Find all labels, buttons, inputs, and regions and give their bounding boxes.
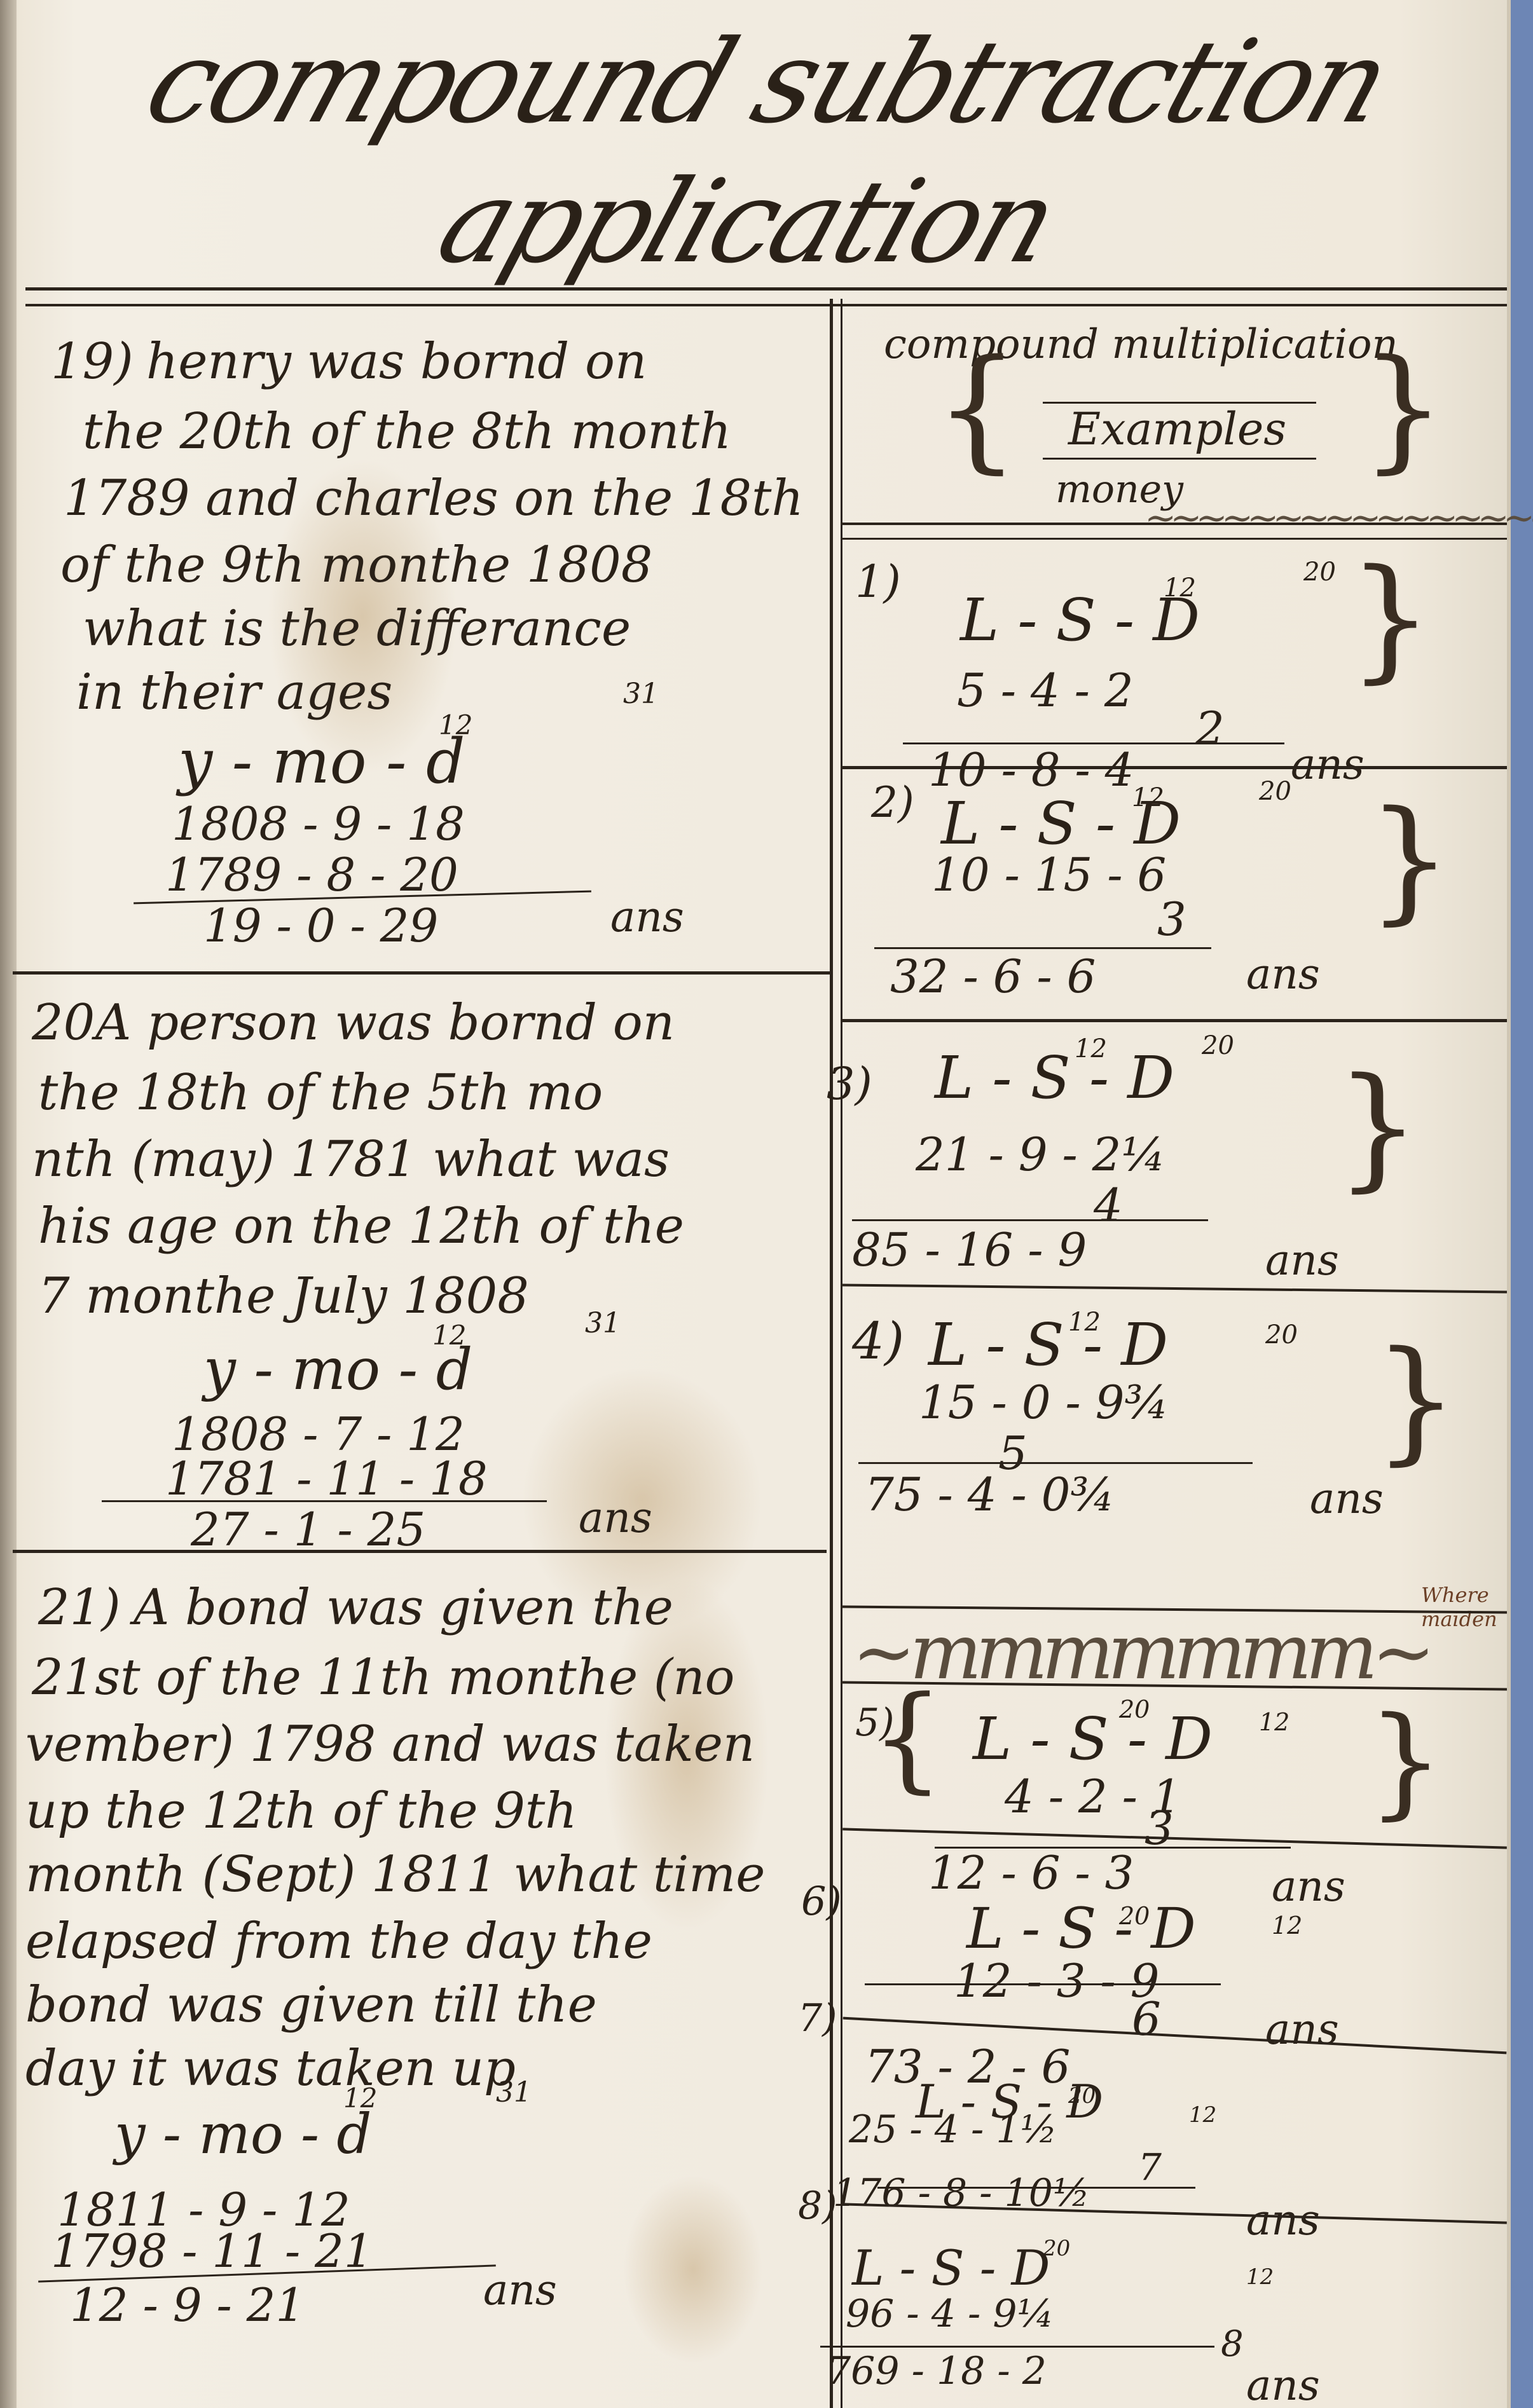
problem-text-line: bond was given till the (25, 1980, 597, 2030)
currency-header: L - S - D (852, 2244, 1050, 2292)
problem-divider (13, 1550, 827, 1553)
problem-text-line: in their ages (76, 667, 392, 717)
units-header: y - mo - d (178, 731, 465, 792)
problem-text-line: the 18th of the 5th mo (38, 1068, 603, 1118)
units-sup-mo: 12 (432, 1322, 466, 1349)
right-brace: } (1373, 1322, 1459, 1478)
sup-shillings: 12 (1164, 575, 1196, 601)
sum-line (865, 1983, 1221, 1985)
calc-result: 10 - 8 - 4 (928, 747, 1134, 793)
header-rule (25, 287, 1507, 291)
example-number: 3) (827, 1062, 872, 1106)
problem-text-line: up the 12th of the 9th (25, 1786, 577, 1836)
problem-text-line: 21st of the 11th monthe (no (32, 1653, 735, 1702)
example-divider (842, 1019, 1507, 1022)
calc-row: 10 - 15 - 6 (931, 852, 1166, 898)
example-number: 4) (852, 1316, 904, 1367)
example-number: 6) (801, 1882, 842, 1921)
sup-pence: 12 (1246, 2266, 1274, 2288)
multiplier: 2 (1195, 706, 1225, 751)
answer-label: ans (1272, 1866, 1345, 1908)
multiplier: 4 (1094, 1182, 1123, 1228)
calc-result: 85 - 16 - 9 (852, 1227, 1087, 1273)
units-sup-mo: 12 (343, 2085, 377, 2112)
sup-shillings: 20 (1119, 1904, 1150, 1928)
answer-label: ans (579, 1497, 652, 1539)
answer-label: ans (1246, 954, 1320, 995)
calc-row: 1789 - 8 - 20 (165, 852, 458, 898)
problem-number: 21) (38, 1583, 121, 1632)
example-number: 2) (871, 782, 914, 824)
answer-label: ans (483, 2269, 557, 2311)
sup-shillings: 20 (1119, 1697, 1150, 1721)
sum-line (102, 1500, 547, 1502)
margin-note: Where maiden (1421, 1583, 1507, 1631)
sum-line (820, 2346, 1214, 2348)
sup-shillings: 12 (1132, 785, 1164, 811)
example-divider (842, 1284, 1507, 1294)
heading-underline (1043, 458, 1316, 460)
calc-result: 75 - 4 - 0¾ (865, 1472, 1115, 1517)
section-subheading: Examples (1068, 407, 1286, 451)
problem-text-line: nth (may) 1781 what was (32, 1135, 670, 1184)
decorative-flourish: ~~~~~~~~~~~~~~~~ (1145, 496, 1533, 540)
problem-text-line: 7 monthe July 1808 (38, 1271, 529, 1321)
example-number: 7) (798, 1999, 837, 2037)
calc-result: 19 - 0 - 29 (203, 903, 438, 948)
answer-label: ans (1291, 744, 1365, 786)
sup-pence: 20 (1265, 1322, 1298, 1348)
right-brace: } (1361, 331, 1446, 486)
currency-header: L - S - D (928, 1316, 1168, 1374)
units-sup-d: 31 (623, 680, 659, 708)
sum-line (874, 947, 1211, 949)
sup-pence: 20 (1202, 1033, 1234, 1058)
answer-label: ans (1310, 1478, 1384, 1520)
calc-row: 15 - 0 - 9¾ (919, 1379, 1169, 1425)
sum-line (858, 1462, 1253, 1464)
calc-result: 769 - 18 - 2 (827, 2352, 1047, 2390)
problem-text-line: month (Sept) 1811 what time (25, 1850, 765, 1899)
page-title-line1: compound subtraction (134, 25, 1399, 140)
calc-result: 12 - 6 - 3 (928, 1850, 1134, 1896)
calc-row: 1808 - 9 - 18 (172, 801, 465, 847)
multiplier: 3 (1157, 896, 1186, 942)
units-sup-d: 31 (585, 1310, 621, 1337)
calc-row: 1808 - 7 - 12 (172, 1411, 465, 1457)
left-brace: { (871, 1672, 944, 1805)
calc-row: 12 - 3 - 9 (954, 1958, 1159, 2004)
sup-shillings: 12 (1068, 1310, 1101, 1335)
right-brace: } (1348, 540, 1433, 696)
sup-shillings: 20 (1043, 2238, 1070, 2259)
units-sup-mo: 12 (439, 712, 472, 739)
problem-text-line: what is the differance (83, 604, 631, 653)
header-rule (25, 304, 1507, 306)
sup-pence: 12 (1272, 1913, 1302, 1938)
answer-label: ans (1246, 2199, 1320, 2241)
currency-header: L - S - D (935, 1049, 1174, 1107)
answer-label: ans (1246, 2365, 1320, 2407)
example-divider (842, 766, 1507, 769)
calc-row: 25 - 4 - 1½ (849, 2110, 1057, 2149)
answer-label: ans (610, 896, 684, 938)
sup-pence: 12 (1189, 2104, 1216, 2126)
currency-header: L - S - D (966, 1901, 1196, 1957)
calc-result: 32 - 6 - 6 (890, 954, 1096, 999)
calc-row: 1798 - 11 - 21 (51, 2228, 373, 2274)
calc-result: 12 - 9 - 21 (70, 2282, 305, 2328)
column-divider (830, 299, 833, 2408)
calc-row: 96 - 4 - 9¼ (846, 2295, 1054, 2333)
answer-label: ans (1265, 1240, 1339, 1282)
problem-number: 20 (32, 998, 95, 1048)
sup-pence: 20 (1303, 559, 1336, 585)
calc-row: 21 - 9 - 2¼ (916, 1132, 1165, 1177)
left-brace: { (935, 331, 1020, 486)
right-brace: } (1367, 1691, 1444, 1831)
sup-pence: 20 (1259, 779, 1291, 804)
sup-pence: 12 (1259, 1710, 1289, 1734)
calc-row: 5 - 4 - 2 (957, 667, 1134, 713)
calc-result: 27 - 1 - 25 (191, 1507, 425, 1552)
multiplier: 7 (1138, 2149, 1162, 2186)
calc-row: 1781 - 11 - 18 (165, 1456, 488, 1502)
water-stain (623, 2174, 763, 2365)
manuscript-page: compound subtraction application 19) hen… (0, 0, 1511, 2408)
units-label: y - mo - d (178, 726, 465, 797)
sup-shillings: 20 (1068, 2085, 1096, 2107)
sum-line (852, 1219, 1208, 1221)
section-rule (842, 538, 1507, 540)
example-number: 1) (855, 559, 901, 604)
problem-text-line: day it was taken up (25, 2044, 516, 2093)
problem-text-line: 1789 and charles on the 18th (64, 474, 804, 523)
units-header: y - mo - d (114, 2107, 371, 2162)
units-sup-d: 31 (496, 2079, 532, 2107)
problem-text-line: his age on the 12th of the (38, 1201, 684, 1251)
problem-text-line: A bond was given the (134, 1583, 673, 1632)
multiplier: 3 (1145, 1805, 1174, 1851)
problem-number: 19) (51, 337, 134, 387)
problem-text-line: the 20th of the 8th month (83, 407, 731, 456)
example-number: 8) (798, 2187, 837, 2225)
problem-text-line: of the 9th monthe 1808 (60, 540, 652, 590)
currency-header: L - S - D (973, 1710, 1213, 1768)
right-brace: } (1335, 1049, 1420, 1205)
problem-text-line: henry was bornd on (146, 337, 647, 387)
right-brace: } (1367, 782, 1452, 938)
column-divider (841, 299, 842, 2408)
problem-text-line: elapsed from the day the (25, 1917, 652, 1966)
book-gutter (0, 0, 17, 2408)
problem-text-line: vember) 1798 and was taken (25, 1720, 755, 1769)
page-title-line2: application (427, 165, 1068, 280)
sup-shillings: 12 (1075, 1036, 1107, 1062)
problem-divider (13, 971, 833, 975)
problem-text-line: A person was bornd on (95, 998, 675, 1048)
multiplier: 8 (1221, 2327, 1244, 2362)
